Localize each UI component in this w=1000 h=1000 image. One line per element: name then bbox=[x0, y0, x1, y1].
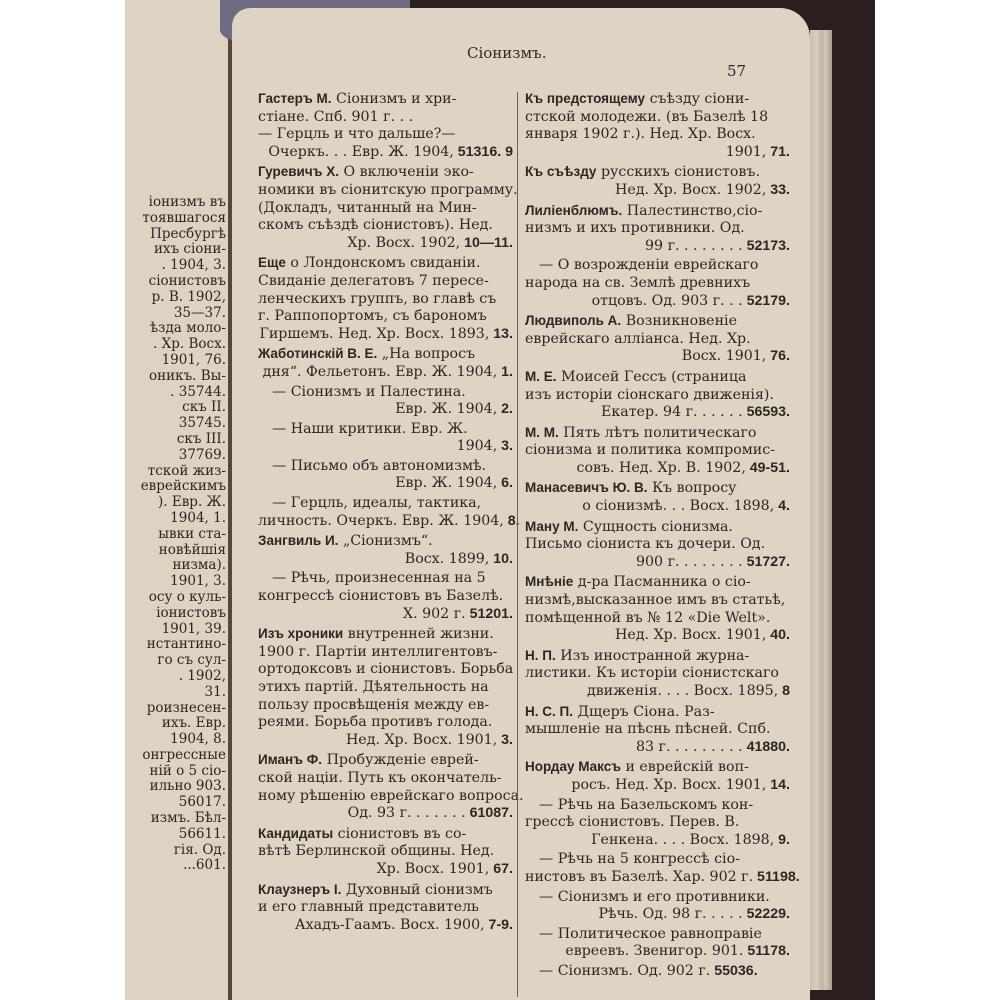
entry-line: Свиданіе делегатовъ 7 пересе- bbox=[258, 273, 513, 291]
entry-line: М. Е. Моисей Гессъ (страница bbox=[525, 368, 790, 387]
bibliography-entry: — Сіонизмъ и его противники.Рѣчь. Од. 98… bbox=[525, 889, 790, 924]
entry-reference-number: 9. bbox=[774, 832, 790, 848]
entry-line: стской молодежи. (въ Базелѣ 18 bbox=[525, 109, 790, 127]
fragment-line: . 1904, 3. bbox=[125, 258, 228, 274]
entry-reference-number: 51178. bbox=[743, 943, 790, 959]
fragment-line: оникъ. Вы- bbox=[125, 369, 228, 385]
entry-author: Иманъ Ф. bbox=[258, 752, 322, 767]
entry-line: Хр. Восх. 1901, 67. bbox=[258, 861, 513, 879]
entry-line: — Рѣчь на Базельскомъ кон- bbox=[525, 797, 790, 815]
entry-line: ленческихъ группъ, во главѣ съ bbox=[258, 291, 513, 309]
entry-line: евреевъ. Звенигор. 901. 51178. bbox=[525, 943, 790, 961]
bibliography-entry: Клаузнеръ І. Духовный сіонизмъи его глав… bbox=[258, 881, 513, 935]
entry-line: Рѣчь. Од. 98 г. . . . . 52229. bbox=[525, 906, 790, 924]
entry-reference-number: 13. bbox=[489, 326, 513, 342]
fragment-line: 1901, 3. bbox=[125, 574, 228, 590]
entry-author: Изъ хроники bbox=[258, 626, 343, 641]
fragment-line: 1901, 76. bbox=[125, 353, 228, 369]
entry-line: Гастеръ М. Сіонизмъ и хри- bbox=[258, 90, 513, 109]
entry-line: пользу просвѣщенія между ев- bbox=[258, 697, 513, 715]
entry-reference-number: 10—11. bbox=[460, 235, 513, 251]
page-number: 57 bbox=[727, 62, 746, 80]
page-edges bbox=[810, 30, 832, 990]
entry-author: Гастеръ М. bbox=[258, 91, 331, 106]
entry-line: Лиліенблюмъ. Палестинство,сіо- bbox=[525, 202, 790, 221]
entry-reference-number: 51198. bbox=[753, 869, 800, 885]
entry-reference-number: 40. bbox=[766, 627, 790, 643]
fragment-line: іонизмъ въ bbox=[125, 195, 228, 211]
bibliography-entry: Жаботинскій В. Е. „На вопросъдня“. Фелье… bbox=[258, 345, 513, 381]
entry-line: 1904, 3. bbox=[258, 438, 513, 456]
fragment-line: низма). bbox=[125, 558, 228, 574]
bibliography-entry: Къ предстоящему съѣзду сіони-стской моло… bbox=[525, 90, 790, 161]
fragment-line: ильно 903. bbox=[125, 779, 228, 795]
entry-reference-number: 52173. bbox=[743, 238, 790, 254]
entry-line: Восх. 1899, 10. bbox=[258, 551, 513, 569]
fragment-line: скъ III. bbox=[125, 432, 228, 448]
entry-line: — Наши критики. Евр. Ж. bbox=[258, 421, 513, 439]
entry-line: Кандидаты сіонистовъ въ со- bbox=[258, 825, 513, 844]
entry-author: М. М. bbox=[525, 425, 559, 440]
bibliography-entry: Ману М. Сущность сіонизма.Письмо сіонист… bbox=[525, 518, 790, 572]
entry-line: Евр. Ж. 1904, 6. bbox=[258, 475, 513, 493]
bibliography-entry: Къ съѣзду русскихъ сіонистовъ.Нед. Хр. В… bbox=[525, 163, 790, 199]
entry-line: Жаботинскій В. Е. „На вопросъ bbox=[258, 345, 513, 364]
entry-line: 900 г. . . . . . . . 51727. bbox=[525, 554, 790, 572]
entry-author: Людвиполь А. bbox=[525, 313, 621, 328]
entry-line: января 1902 г.). Нед. Хр. Восх. bbox=[525, 126, 790, 144]
entry-reference-number: 55036. bbox=[710, 963, 757, 979]
bibliography-entry: — Герцль, идеалы, тактика,личность. Очер… bbox=[258, 495, 513, 530]
running-head: Сіонизмъ. bbox=[467, 44, 546, 62]
entry-reference-number: 67. bbox=[489, 861, 513, 877]
entry-line: — Сіонизмъ. Од. 902 г. 55036. bbox=[525, 963, 790, 981]
entry-line: ному рѣшенію еврейскаго вопроса. bbox=[258, 788, 513, 806]
bibliography-entry: Зангвиль И. „Сіонизмъ“.Восх. 1899, 10. bbox=[258, 532, 513, 568]
entry-line: Къ съѣзду русскихъ сіонистовъ. bbox=[525, 163, 790, 182]
bibliography-entry: Гастеръ М. Сіонизмъ и хри-стіане. Спб. 9… bbox=[258, 90, 513, 161]
bibliography-entry: Еще о Лондонскомъ свиданіи.Свиданіе деле… bbox=[258, 254, 513, 343]
entry-author: Клаузнеръ І. bbox=[258, 882, 341, 897]
fragment-line: 1904, 8. bbox=[125, 732, 228, 748]
bibliography-entry: Изъ хроники внутренней жизни.1900 г. Пар… bbox=[258, 625, 513, 749]
entry-line: отцовъ. Од. 903 г. . . 52179. bbox=[525, 293, 790, 311]
bibliography-entry: Нордау Максъ и еврейскій воп-росъ. Нед. … bbox=[525, 758, 790, 794]
entry-author: Къ съѣзду bbox=[525, 164, 596, 179]
bibliography-entry: — О возрожденіи еврейскагонарода на св. … bbox=[525, 257, 790, 310]
fragment-line: онгрессные bbox=[125, 748, 228, 764]
entry-author: Н. С. П. bbox=[525, 704, 573, 719]
entry-line: Нед. Хр. Восх. 1901, 40. bbox=[525, 627, 790, 645]
entry-reference-number: 8 bbox=[778, 683, 790, 699]
fragment-line: еврейскимъ bbox=[125, 479, 228, 495]
fragment-line: измъ. Бѣл- bbox=[125, 811, 228, 827]
facing-page-text-fragments: іонизмъ вътоявшагосяПресбургѣихъ сіони-.… bbox=[125, 195, 228, 874]
entry-author: Еще bbox=[258, 255, 286, 270]
entry-line: грессѣ сіонистовъ. Перев. В. bbox=[525, 814, 790, 832]
entry-reference-number: 51201. bbox=[466, 606, 513, 622]
entry-line: — Политическое равноправіе bbox=[525, 926, 790, 944]
entry-line: Восх. 1901, 76. bbox=[525, 348, 790, 366]
fragment-line: новѣйшія bbox=[125, 543, 228, 559]
entry-line: — Рѣчь, произнесенная на 5 bbox=[258, 570, 513, 588]
fragment-line: го съ сул- bbox=[125, 653, 228, 669]
entry-line: Од. 93 г. . . . . . . 61087. bbox=[258, 805, 513, 823]
entry-author: Жаботинскій В. Е. bbox=[258, 346, 377, 361]
entry-line: Иманъ Ф. Пробужденіе еврей- bbox=[258, 751, 513, 770]
fragment-line: сіонистовъ bbox=[125, 274, 228, 290]
fragment-line: тоявшагося bbox=[125, 211, 228, 227]
facing-page-left: іонизмъ вътоявшагосяПресбургѣихъ сіони-.… bbox=[125, 0, 228, 1000]
fragment-line: 35745. bbox=[125, 416, 228, 432]
bibliography-entry: Лиліенблюмъ. Палестинство,сіо-низмъ и их… bbox=[525, 202, 790, 256]
fragment-line: гія. Од. bbox=[125, 843, 228, 859]
fragment-line: скъ II. bbox=[125, 400, 228, 416]
entry-reference-number: 61087. bbox=[466, 805, 513, 821]
entry-reference-number: 52229. bbox=[743, 906, 790, 922]
entry-line: 99 г. . . . . . . . 52173. bbox=[525, 238, 790, 256]
entry-line: листики. Къ исторіи сіонистскаго bbox=[525, 665, 790, 683]
entry-reference-number: 56593. bbox=[743, 404, 790, 420]
entry-author: Гуревичъ Х. bbox=[258, 164, 339, 179]
entry-line: Евр. Ж. 1904, 2. bbox=[258, 401, 513, 419]
entry-line: низмѣ,высказанное имъ въ статьѣ, bbox=[525, 592, 790, 610]
entry-line: росъ. Нед. Хр. Восх. 1901, 14. bbox=[525, 777, 790, 795]
entry-line: Нед. Хр. Восх. 1901, 3. bbox=[258, 732, 513, 750]
fragment-line: ...601. bbox=[125, 858, 228, 874]
entry-reference-number: 52179. bbox=[743, 293, 790, 309]
entry-line: мышленіе на пѣснь пѣсней. Спб. bbox=[525, 721, 790, 739]
bibliography-entry: Иманъ Ф. Пробужденіе еврей-ской націи. П… bbox=[258, 751, 513, 822]
entry-line: еврейскаго аллiанса. Нед. Хр. bbox=[525, 331, 790, 349]
bibliography-entry: Гуревичъ Х. О включеніи эко-номики въ сі… bbox=[258, 163, 513, 252]
entry-reference-number: 6. bbox=[497, 475, 513, 491]
entry-line: реями. Борьба противъ голода. bbox=[258, 714, 513, 732]
fragment-line: іонистовъ bbox=[125, 606, 228, 622]
entry-line: — Рѣчь на 5 конгрессѣ сіо- bbox=[525, 851, 790, 869]
entry-line: движенія. . . . Восх. 1895, 8 bbox=[525, 683, 790, 701]
bibliography-entry: Манасевичъ Ю. В. Къ вопросуо сіонизмѣ. .… bbox=[525, 479, 790, 515]
entry-line: Очеркъ. . . Евр. Ж. 1904, 51316. 9 bbox=[258, 144, 513, 162]
fragment-line: ній о 5 сіо- bbox=[125, 764, 228, 780]
entry-author: Мнѣніе bbox=[525, 574, 573, 589]
entry-reference-number: 51316. bbox=[454, 144, 501, 160]
fragment-line: ѣзда моло- bbox=[125, 321, 228, 337]
entry-line: этихъ партій. Дѣятельность на bbox=[258, 679, 513, 697]
bibliography-entry: — Рѣчь на Базельскомъ кон-грессѣ сіонист… bbox=[525, 797, 790, 850]
entry-line: г. Раппопортомъ, съ барономъ bbox=[258, 308, 513, 326]
entry-author: Н. П. bbox=[525, 648, 556, 663]
fragment-line: 56611. bbox=[125, 827, 228, 843]
bibliography-entry: — Сіонизмъ и Палестина.Евр. Ж. 1904, 2. bbox=[258, 384, 513, 419]
entry-reference-number: 51727. bbox=[743, 554, 790, 570]
entry-line: — Герцль, идеалы, тактика, bbox=[258, 495, 513, 513]
fragment-line: ихъ сіони- bbox=[125, 242, 228, 258]
fragment-line: 35—37. bbox=[125, 306, 228, 322]
entry-line: Зангвиль И. „Сіонизмъ“. bbox=[258, 532, 513, 551]
entry-line: — Герцль и что дальше?— bbox=[258, 126, 513, 144]
entry-author: М. Е. bbox=[525, 369, 557, 384]
bibliography-entry: — Наши критики. Евр. Ж.1904, 3. bbox=[258, 421, 513, 456]
fragment-line: 31. bbox=[125, 685, 228, 701]
bibliography-entry: М. Е. Моисей Гессъ (страницаизъ исторіи … bbox=[525, 368, 790, 422]
entry-line: — Сіонизмъ и Палестина. bbox=[258, 384, 513, 402]
fragment-line: . Хр. Восх. bbox=[125, 337, 228, 353]
entry-line: сіонизма и политика компромис- bbox=[525, 442, 790, 460]
bibliography-entry: — Сіонизмъ. Од. 902 г. 55036. bbox=[525, 963, 790, 981]
entry-author: Кандидаты bbox=[258, 826, 333, 841]
entry-line: Къ предстоящему съѣзду сіони- bbox=[525, 90, 790, 109]
entry-line: М. М. Пять лѣтъ политическаго bbox=[525, 424, 790, 443]
entry-author: Къ предстоящему bbox=[525, 91, 645, 106]
entry-line: Нордау Максъ и еврейскій воп- bbox=[525, 758, 790, 777]
entry-reference-number: 9 bbox=[501, 144, 513, 160]
entry-line: народа на св. Землѣ древнихъ bbox=[525, 275, 790, 293]
entry-author: Лиліенблюмъ. bbox=[525, 203, 622, 218]
entry-author: Ману М. bbox=[525, 519, 578, 534]
bibliography-entry: Н. П. Изъ иностранной журна-листики. Къ … bbox=[525, 647, 790, 701]
entry-line: Еще о Лондонскомъ свиданіи. bbox=[258, 254, 513, 273]
entry-line: Гуревичъ Х. О включеніи эко- bbox=[258, 163, 513, 182]
fragment-line: осу о куль- bbox=[125, 590, 228, 606]
entry-line: скомъ съѣздѣ сіонистовъ). Нед. bbox=[258, 217, 513, 235]
fragment-line: 1904, 1. bbox=[125, 511, 228, 527]
fragment-line: нстантино- bbox=[125, 637, 228, 653]
entry-line: нистовъ въ Базелѣ. Хар. 902 г. 51198. bbox=[525, 869, 790, 887]
bibliography-entry: Людвиполь А. Возникновеніееврейскаго алл… bbox=[525, 312, 790, 366]
entry-line: ортодоксовъ и сіонистовъ. Борьба bbox=[258, 661, 513, 679]
entry-reference-number: 7-9. bbox=[485, 917, 513, 933]
entry-reference-number: 4. bbox=[774, 498, 790, 514]
entry-line: Письмо сіониста къ дочери. Од. bbox=[525, 536, 790, 554]
entry-line: дня“. Фельетонъ. Евр. Ж. 1904, 1. bbox=[258, 364, 513, 382]
entry-line: Хр. Восх. 1902, 10—11. bbox=[258, 235, 513, 253]
bibliography-entry: М. М. Пять лѣтъ политическагосіонизма и … bbox=[525, 424, 790, 478]
fragment-line: ). Евр. Ж. bbox=[125, 495, 228, 511]
bibliography-entry: — Политическое равноправіеевреевъ. Звени… bbox=[525, 926, 790, 961]
entry-line: низмъ и ихъ противники. Од. bbox=[525, 220, 790, 238]
column-divider bbox=[517, 92, 518, 997]
entry-line: 1901, 71. bbox=[525, 144, 790, 162]
entry-line: — О возрожденіи еврейскаго bbox=[525, 257, 790, 275]
entry-reference-number: 76. bbox=[766, 348, 790, 364]
entry-author: Нордау Максъ bbox=[525, 759, 621, 774]
fragment-line: . 1902, bbox=[125, 669, 228, 685]
fragment-line: 37769. bbox=[125, 448, 228, 464]
bibliography-entry: — Рѣчь на 5 конгрессѣ сіо-нистовъ въ Баз… bbox=[525, 851, 790, 886]
fragment-line: тской жиз- bbox=[125, 464, 228, 480]
fragment-line: ывки ста- bbox=[125, 527, 228, 543]
bibliography-entry: Н. С. П. Дщеръ Сіона. Раз-мышленіе на пѣ… bbox=[525, 703, 790, 757]
entry-reference-number: 10. bbox=[489, 551, 513, 567]
left-column: Гастеръ М. Сіонизмъ и хри-стіане. Спб. 9… bbox=[258, 90, 513, 936]
fragment-line: Пресбургѣ bbox=[125, 227, 228, 243]
bibliography-entry: Мнѣніе д-ра Пасманника о сіо-низмѣ,выска… bbox=[525, 573, 790, 644]
entry-line: Н. С. П. Дщеръ Сіона. Раз- bbox=[525, 703, 790, 722]
entry-line: конгрессѣ сіонистовъ въ Базелѣ. bbox=[258, 588, 513, 606]
bibliography-entry: — Письмо объ автономизмѣ.Евр. Ж. 1904, 6… bbox=[258, 458, 513, 493]
entry-line: совъ. Нед. Хр. В. 1902, 49-51. bbox=[525, 460, 790, 478]
entry-reference-number: 33. bbox=[766, 182, 790, 198]
entry-line: Ману М. Сущность сіонизма. bbox=[525, 518, 790, 537]
entry-reference-number: 49-51. bbox=[746, 460, 790, 476]
entry-line: ской націи. Путь къ окончатель- bbox=[258, 770, 513, 788]
entry-reference-number: 1. bbox=[497, 364, 513, 380]
fragment-line: 56017. bbox=[125, 795, 228, 811]
entry-line: Клаузнеръ І. Духовный сіонизмъ bbox=[258, 881, 513, 900]
entry-line: Изъ хроники внутренней жизни. bbox=[258, 625, 513, 644]
entry-reference-number: 3. bbox=[497, 732, 513, 748]
entry-reference-number: 41880. bbox=[743, 739, 790, 755]
entry-line: и его главный представитель bbox=[258, 899, 513, 917]
entry-line: Н. П. Изъ иностранной журна- bbox=[525, 647, 790, 666]
entry-line: Манасевичъ Ю. В. Къ вопросу bbox=[525, 479, 790, 498]
entry-author: Манасевичъ Ю. В. bbox=[525, 480, 648, 495]
entry-line: вѣтѣ Берлинской общины. Нед. bbox=[258, 843, 513, 861]
entry-line: номики въ сіонитскую программу. bbox=[258, 182, 513, 200]
entry-line: изъ исторіи сіонскаго движенія). bbox=[525, 387, 790, 405]
entry-line: Генкена. . . . Восх. 1898, 9. bbox=[525, 832, 790, 850]
entry-line: Нед. Хр. Восх. 1902, 33. bbox=[525, 182, 790, 200]
entry-line: — Сіонизмъ и его противники. bbox=[525, 889, 790, 907]
entry-line: личность. Очеркъ. Евр. Ж. 1904, 8. bbox=[258, 513, 513, 531]
entry-reference-number: 14. bbox=[766, 777, 790, 793]
entry-line: о сіонизмѣ. . . Восх. 1898, 4. bbox=[525, 498, 790, 516]
entry-line: Екатер. 94 г. . . . . . 56593. bbox=[525, 404, 790, 422]
entry-line: помѣщенной въ № 12 «Die Welt». bbox=[525, 610, 790, 628]
entry-line: Ахадъ-Гаамъ. Восх. 1900, 7-9. bbox=[258, 917, 513, 935]
entry-line: стіане. Спб. 901 г. . . bbox=[258, 109, 513, 127]
fragment-line: 1901, 39. bbox=[125, 622, 228, 638]
fragment-line: . 35744. bbox=[125, 385, 228, 401]
entry-reference-number: 71. bbox=[766, 144, 790, 160]
entry-line: — Письмо объ автономизмѣ. bbox=[258, 458, 513, 476]
right-column: Къ предстоящему съѣзду сіони-стской моло… bbox=[525, 90, 790, 983]
entry-reference-number: 3. bbox=[497, 438, 513, 454]
fragment-line: роизнесен- bbox=[125, 701, 228, 717]
entry-line: 1900 г. Партіи интеллигентовъ- bbox=[258, 644, 513, 662]
fragment-line: р. В. 1902, bbox=[125, 290, 228, 306]
entry-line: Мнѣніе д-ра Пасманника о сіо- bbox=[525, 573, 790, 592]
entry-line: 83 г. . . . . . . . . 41880. bbox=[525, 739, 790, 757]
entry-line: Людвиполь А. Возникновеніе bbox=[525, 312, 790, 331]
bibliography-entry: — Рѣчь, произнесенная на 5конгрессѣ сіон… bbox=[258, 570, 513, 623]
fragment-line: ихъ. Евр. bbox=[125, 716, 228, 732]
bibliography-entry: Кандидаты сіонистовъ въ со-вѣтѣ Берлинск… bbox=[258, 825, 513, 879]
entry-author: Зангвиль И. bbox=[258, 533, 338, 548]
entry-line: (Докладъ, читанный на Мин- bbox=[258, 200, 513, 218]
entry-line: Гиршемъ. Нед. Хр. Восх. 1893, 13. bbox=[258, 326, 513, 344]
entry-line: Х. 902 г. 51201. bbox=[258, 606, 513, 624]
entry-reference-number: 2. bbox=[497, 401, 513, 417]
